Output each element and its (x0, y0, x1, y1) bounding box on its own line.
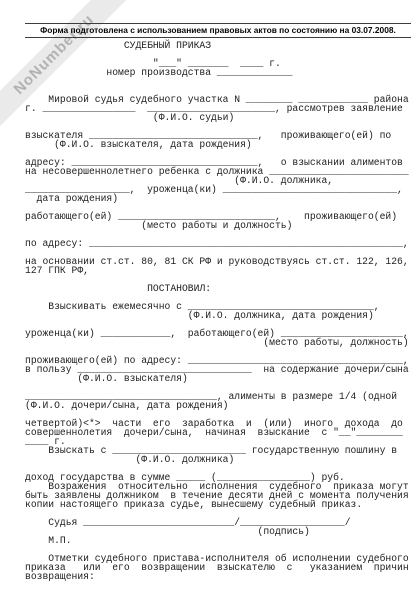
form-page: NoNumber.ru Форма подготовлена с использ… (0, 0, 420, 600)
document-line: (Ф.И.О. взыскателя) (25, 374, 409, 383)
document-line: 127 ГПК РФ, (25, 266, 409, 275)
document-line: (место работы, должность) (25, 338, 409, 347)
document-line: (Ф.И.О. дочери/сына, дата рождения) (25, 401, 409, 410)
notice-text: Форма подготовлена с использованием прав… (25, 25, 411, 36)
document-line: дата рождения) (25, 194, 409, 203)
notice-divider-top (25, 23, 411, 24)
notice-divider-bottom (25, 37, 411, 38)
document-line: возвращения: (25, 572, 409, 581)
document-line (25, 77, 409, 86)
document-title: СУДЕБНЫЙ ПРИКАЗ (25, 41, 409, 50)
document-line: (место работы и должность) (25, 221, 409, 230)
document-line: совершеннолетия дочери/сына, начиная взы… (25, 428, 409, 437)
document-line: копии настоящего приказа судье, вынесшем… (25, 500, 409, 509)
document-line: (Ф.И.О. должника, дата рождения) (25, 311, 409, 320)
document-line: (Ф.И.О. взыскателя, дата рождения) (25, 140, 409, 149)
document-line: номер производства _____________ (25, 68, 409, 77)
document-line: по адресу: _____________________________… (25, 239, 409, 248)
document-body: СУДЕБНЫЙ ПРИКАЗ "___" _______ ____ г. но… (25, 41, 409, 581)
document-line: (подпись) (25, 527, 409, 536)
document-line: (Ф.И.О. должника) (25, 455, 409, 464)
document-line: М.П. (25, 536, 409, 545)
document-line: ПОСТАНОВИЛ: (25, 284, 409, 293)
document-lines: "___" _______ ____ г. номер производства… (25, 50, 409, 581)
document-line: (Ф.И.О. судьи) (25, 113, 409, 122)
